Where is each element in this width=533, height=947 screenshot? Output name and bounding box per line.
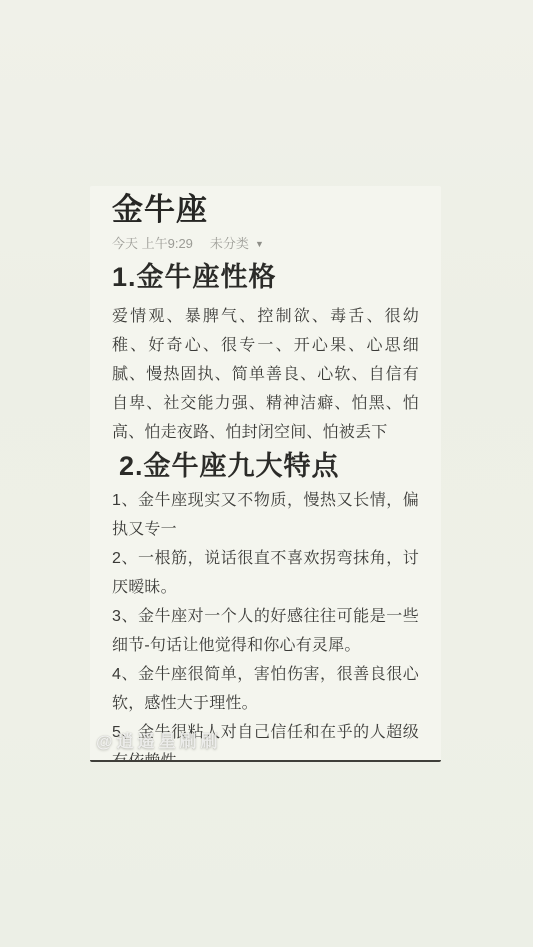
note-timestamp: 今天 上午9:29 xyxy=(112,236,193,252)
category-dropdown[interactable]: 未分类 ▼ xyxy=(210,236,264,252)
section2-heading: 2.金牛座九大特点 xyxy=(112,449,419,483)
category-label: 未分类 xyxy=(210,236,249,252)
section2-items: 1、金牛座现实又不物质，慢热又长情，偏执又专一 2、一根筋，说话很直不喜欢拐弯抹… xyxy=(112,486,419,762)
note-meta: 今天 上午9:29 未分类 ▼ xyxy=(112,236,419,252)
note-body[interactable]: 1.金牛座性格 爱情观、暴脾气、控制欲、毒舌、很幼稚、好奇心、很专一、开心果、心… xyxy=(112,260,419,762)
section1-heading: 1.金牛座性格 xyxy=(112,260,419,294)
note-title[interactable]: 金牛座 xyxy=(112,190,419,230)
list-item: 2、一根筋，说话很直不喜欢拐弯抹角，讨厌暧昧。 xyxy=(112,544,419,602)
note-card: 金牛座 今天 上午9:29 未分类 ▼ 1.金牛座性格 爱情观、暴脾气、控制欲、… xyxy=(90,186,441,762)
section1-paragraph: 爱情观、暴脾气、控制欲、毒舌、很幼稚、好奇心、很专一、开心果、心思细腻、慢热固执… xyxy=(112,302,419,447)
chevron-down-icon: ▼ xyxy=(255,236,264,252)
list-item: 5、金牛很粘人对自己信任和在乎的人超级有依赖性。 xyxy=(112,718,419,762)
list-item: 4、金牛座很简单，害怕伤害，很善良很心软，感性大于理性。 xyxy=(112,660,419,718)
list-item: 1、金牛座现实又不物质，慢热又长情，偏执又专一 xyxy=(112,486,419,544)
list-item: 3、金牛座对一个人的好感往往可能是一些细节-句话让他觉得和你心有灵犀。 xyxy=(112,602,419,660)
phone-screen: 金牛座 今天 上午9:29 未分类 ▼ 1.金牛座性格 爱情观、暴脾气、控制欲、… xyxy=(0,0,533,947)
card-bottom-divider xyxy=(90,760,441,762)
